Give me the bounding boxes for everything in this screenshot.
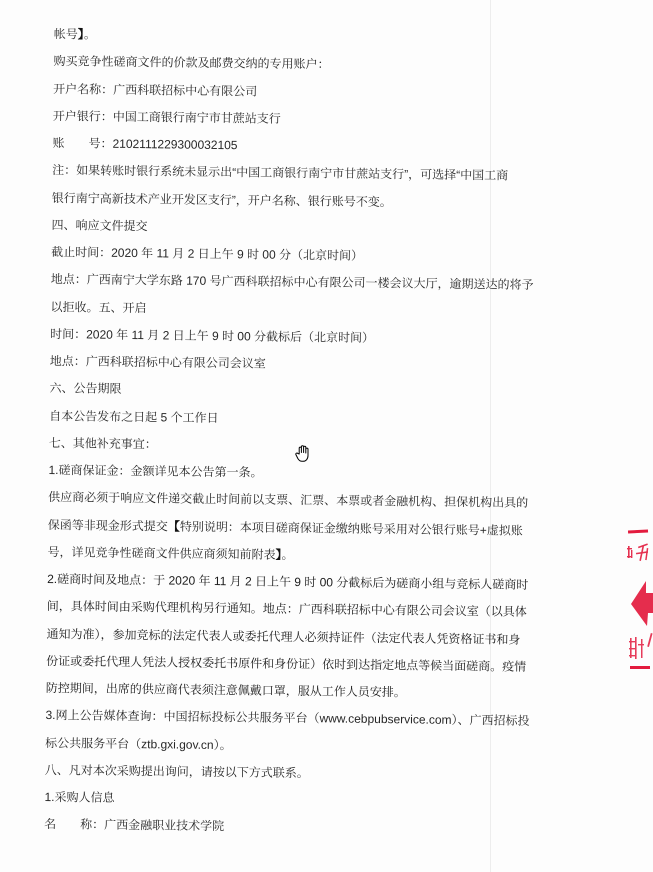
seal-star-icon [631, 581, 653, 626]
special-note-text: 号，详见竞争性磋商文件供应商须知前附表 [47, 545, 275, 562]
purchaser-name-row: 名 称：广西金融职业技术学院 [44, 811, 528, 844]
bank-value: 中国工商银行南宁市甘蔗站支行 [113, 109, 281, 125]
bank-label: 开户银行： [53, 109, 113, 124]
deposit-text: 保函等非现金形式提交 [48, 517, 168, 532]
purchaser-name-label: 名 称： [44, 817, 104, 832]
opening-text: 帐号 [54, 27, 78, 41]
seal-character-fragment [629, 633, 653, 659]
scanned-page: 帐号】。 购买竞争性磋商文件的价款及邮费交纳的专用账户： 开户名称：广西科联招标… [0, 0, 653, 872]
document-body: 帐号】。 购买竞争性磋商文件的价款及邮费交纳的专用账户： 开户名称：广西科联招标… [44, 21, 538, 844]
hand-cursor-icon [294, 444, 312, 463]
opening-bracket: 【 [168, 519, 180, 533]
account-name-label: 开户名称： [53, 81, 113, 96]
special-note-text: 特别说明：本项目磋商保证金缴纳账号采用对公银行账号+虚拟账 [180, 519, 523, 537]
seal-character-fragment [627, 543, 648, 561]
purchaser-name-value: 广西金融职业技术学院 [104, 818, 224, 833]
opening-punct: 。 [84, 27, 96, 41]
seal-top-line [628, 529, 648, 533]
deposit-punct: 。 [281, 548, 293, 562]
account-name-value: 广西科联招标中心有限公司 [113, 82, 257, 98]
seal-bottom-line [630, 666, 650, 669]
account-number-label: 账 号： [52, 136, 112, 151]
official-seal-stamp [620, 520, 653, 680]
account-number-value: 2102111229300032105 [112, 137, 237, 153]
